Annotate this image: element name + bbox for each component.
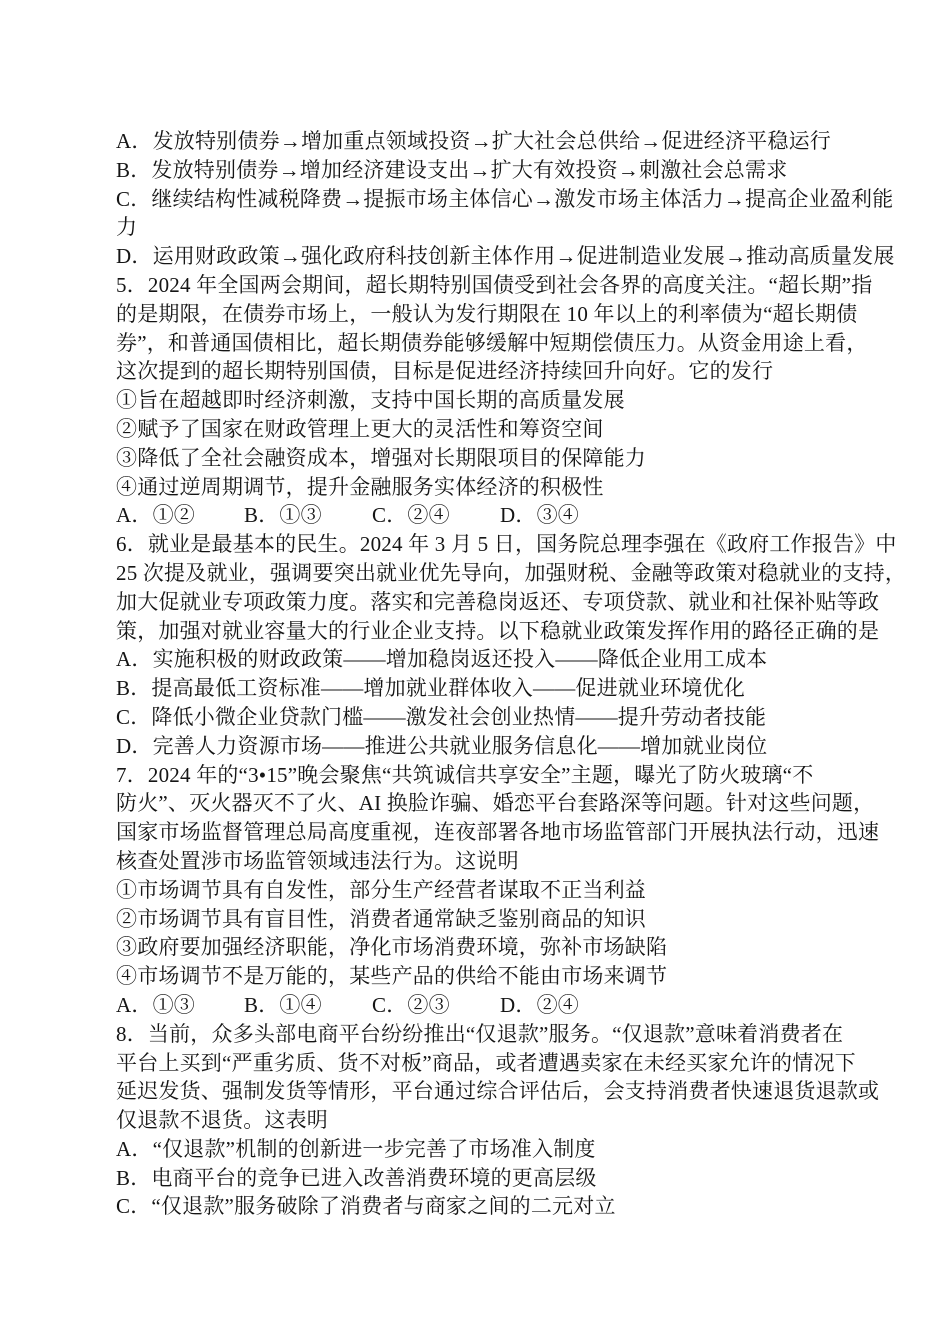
text-line: ②赋予了国家在财政管理上更大的灵活性和筹资空间 — [116, 415, 836, 444]
text-line: B．电商平台的竞争已进入改善消费环境的更高层级 — [116, 1164, 836, 1193]
text-line: C．“仅退款”服务破除了消费者与商家之间的二元对立 — [116, 1192, 836, 1221]
text-line: ④通过逆周期调节，提升金融服务实体经济的积极性 — [116, 473, 836, 502]
text-line: D．运用财政政策→强化政府科技创新主体作用→促进制造业发展→推动高质量发展 — [116, 242, 836, 271]
text-line: 的是期限，在债券市场上，一般认为发行期限在 10 年以上的利率债为“超长期债 — [116, 300, 836, 329]
text-line: ①市场调节具有自发性，部分生产经营者谋取不正当利益 — [116, 876, 836, 905]
text-line: 6．就业是最基本的民生。2024 年 3 月 5 日，国务院总理李强在《政府工作… — [116, 530, 836, 559]
text-line: B．提高最低工资标准——增加就业群体收入——促进就业环境优化 — [116, 674, 836, 703]
text-line: A．实施积极的财政政策——增加稳岗返还投入——降低企业用工成本 — [116, 645, 836, 674]
text-line: C．继续结构性减税降费→提振市场主体信心→激发市场主体活力→提高企业盈利能 — [116, 185, 836, 214]
answer-choices-row: A．①②B．①③C．②④D．③④ — [116, 501, 836, 530]
text-line: 加大促就业专项政策力度。落实和完善稳岗返还、专项贷款、就业和社保补贴等政 — [116, 588, 836, 617]
text-line: 券”，和普通国债相比，超长期债券能够缓解中短期偿债压力。从资金用途上看， — [116, 329, 836, 358]
exam-text-block: A．发放特别债券→增加重点领域投资→扩大社会总供给→促进经济平稳运行B．发放特别… — [116, 127, 836, 1221]
text-line: 仅退款不退货。这表明 — [116, 1106, 836, 1135]
choice-option: A．①③ — [116, 991, 244, 1020]
text-line: 平台上买到“严重劣质、货不对板”商品，或者遭遇卖家在未经买家允许的情况下 — [116, 1049, 836, 1078]
text-line: 8．当前，众多头部电商平台纷纷推出“仅退款”服务。“仅退款”意味着消费者在 — [116, 1020, 836, 1049]
question-block-q7: 7．2024 年的“3•15”晚会聚焦“共筑诚信共享安全”主题，曝光了防火玻璃“… — [116, 761, 836, 1020]
choice-option: A．①② — [116, 501, 244, 530]
text-line: 25 次提及就业，强调要突出就业优先导向，加强财税、金融等政策对稳就业的支持， — [116, 559, 836, 588]
text-line: 5．2024 年全国两会期间，超长期特别国债受到社会各界的高度关注。“超长期”指 — [116, 271, 836, 300]
text-line: B．发放特别债券→增加经济建设支出→扩大有效投资→刺激社会总需求 — [116, 156, 836, 185]
text-line: D．完善人力资源市场——推进公共就业服务信息化——增加就业岗位 — [116, 732, 836, 761]
text-line: 策，加强对就业容量大的行业企业支持。以下稳就业政策发挥作用的路径正确的是 — [116, 617, 836, 646]
text-line: 这次提到的超长期特别国债，目标是促进经济持续回升向好。它的发行 — [116, 357, 836, 386]
choice-option: B．①③ — [244, 501, 372, 530]
text-line: 力 — [116, 213, 836, 242]
text-line: 延迟发货、强制发货等情形，平台通过综合评估后，会支持消费者快速退货退款或 — [116, 1077, 836, 1106]
text-line: ④市场调节不是万能的，某些产品的供给不能由市场来调节 — [116, 962, 836, 991]
text-line: 防火”、灭火器灭不了火、AI 换脸诈骗、婚恋平台套路深等问题。针对这些问题， — [116, 789, 836, 818]
choice-option: B．①④ — [244, 991, 372, 1020]
text-line: 7．2024 年的“3•15”晚会聚焦“共筑诚信共享安全”主题，曝光了防火玻璃“… — [116, 761, 836, 790]
question-block-q6: 6．就业是最基本的民生。2024 年 3 月 5 日，国务院总理李强在《政府工作… — [116, 530, 836, 760]
text-line: A．发放特别债券→增加重点领域投资→扩大社会总供给→促进经济平稳运行 — [116, 127, 836, 156]
choice-option: C．②④ — [372, 501, 500, 530]
text-line: ②市场调节具有盲目性，消费者通常缺乏鉴别商品的知识 — [116, 905, 836, 934]
question-block-q4-options: A．发放特别债券→增加重点领域投资→扩大社会总供给→促进经济平稳运行B．发放特别… — [116, 127, 836, 271]
choice-option: D．③④ — [500, 501, 579, 530]
text-line: ③降低了全社会融资成本，增强对长期限项目的保障能力 — [116, 444, 836, 473]
answer-choices-row: A．①③B．①④C．②③D．②④ — [116, 991, 836, 1020]
question-block-q5: 5．2024 年全国两会期间，超长期特别国债受到社会各界的高度关注。“超长期”指… — [116, 271, 836, 530]
choice-option: C．②③ — [372, 991, 500, 1020]
text-line: 核查处置涉市场监管领域违法行为。这说明 — [116, 847, 836, 876]
text-line: ①旨在超越即时经济刺激，支持中国长期的高质量发展 — [116, 386, 836, 415]
text-line: 国家市场监督管理总局高度重视，连夜部署各地市场监管部门开展执法行动，迅速 — [116, 818, 836, 847]
text-line: A．“仅退款”机制的创新进一步完善了市场准入制度 — [116, 1135, 836, 1164]
exam-page: A．发放特别债券→增加重点领域投资→扩大社会总供给→促进经济平稳运行B．发放特别… — [0, 0, 950, 1342]
text-line: C．降低小微企业贷款门槛——激发社会创业热情——提升劳动者技能 — [116, 703, 836, 732]
choice-option: D．②④ — [500, 991, 579, 1020]
text-line: ③政府要加强经济职能，净化市场消费环境，弥补市场缺陷 — [116, 933, 836, 962]
question-block-q8: 8．当前，众多头部电商平台纷纷推出“仅退款”服务。“仅退款”意味着消费者在平台上… — [116, 1020, 836, 1222]
